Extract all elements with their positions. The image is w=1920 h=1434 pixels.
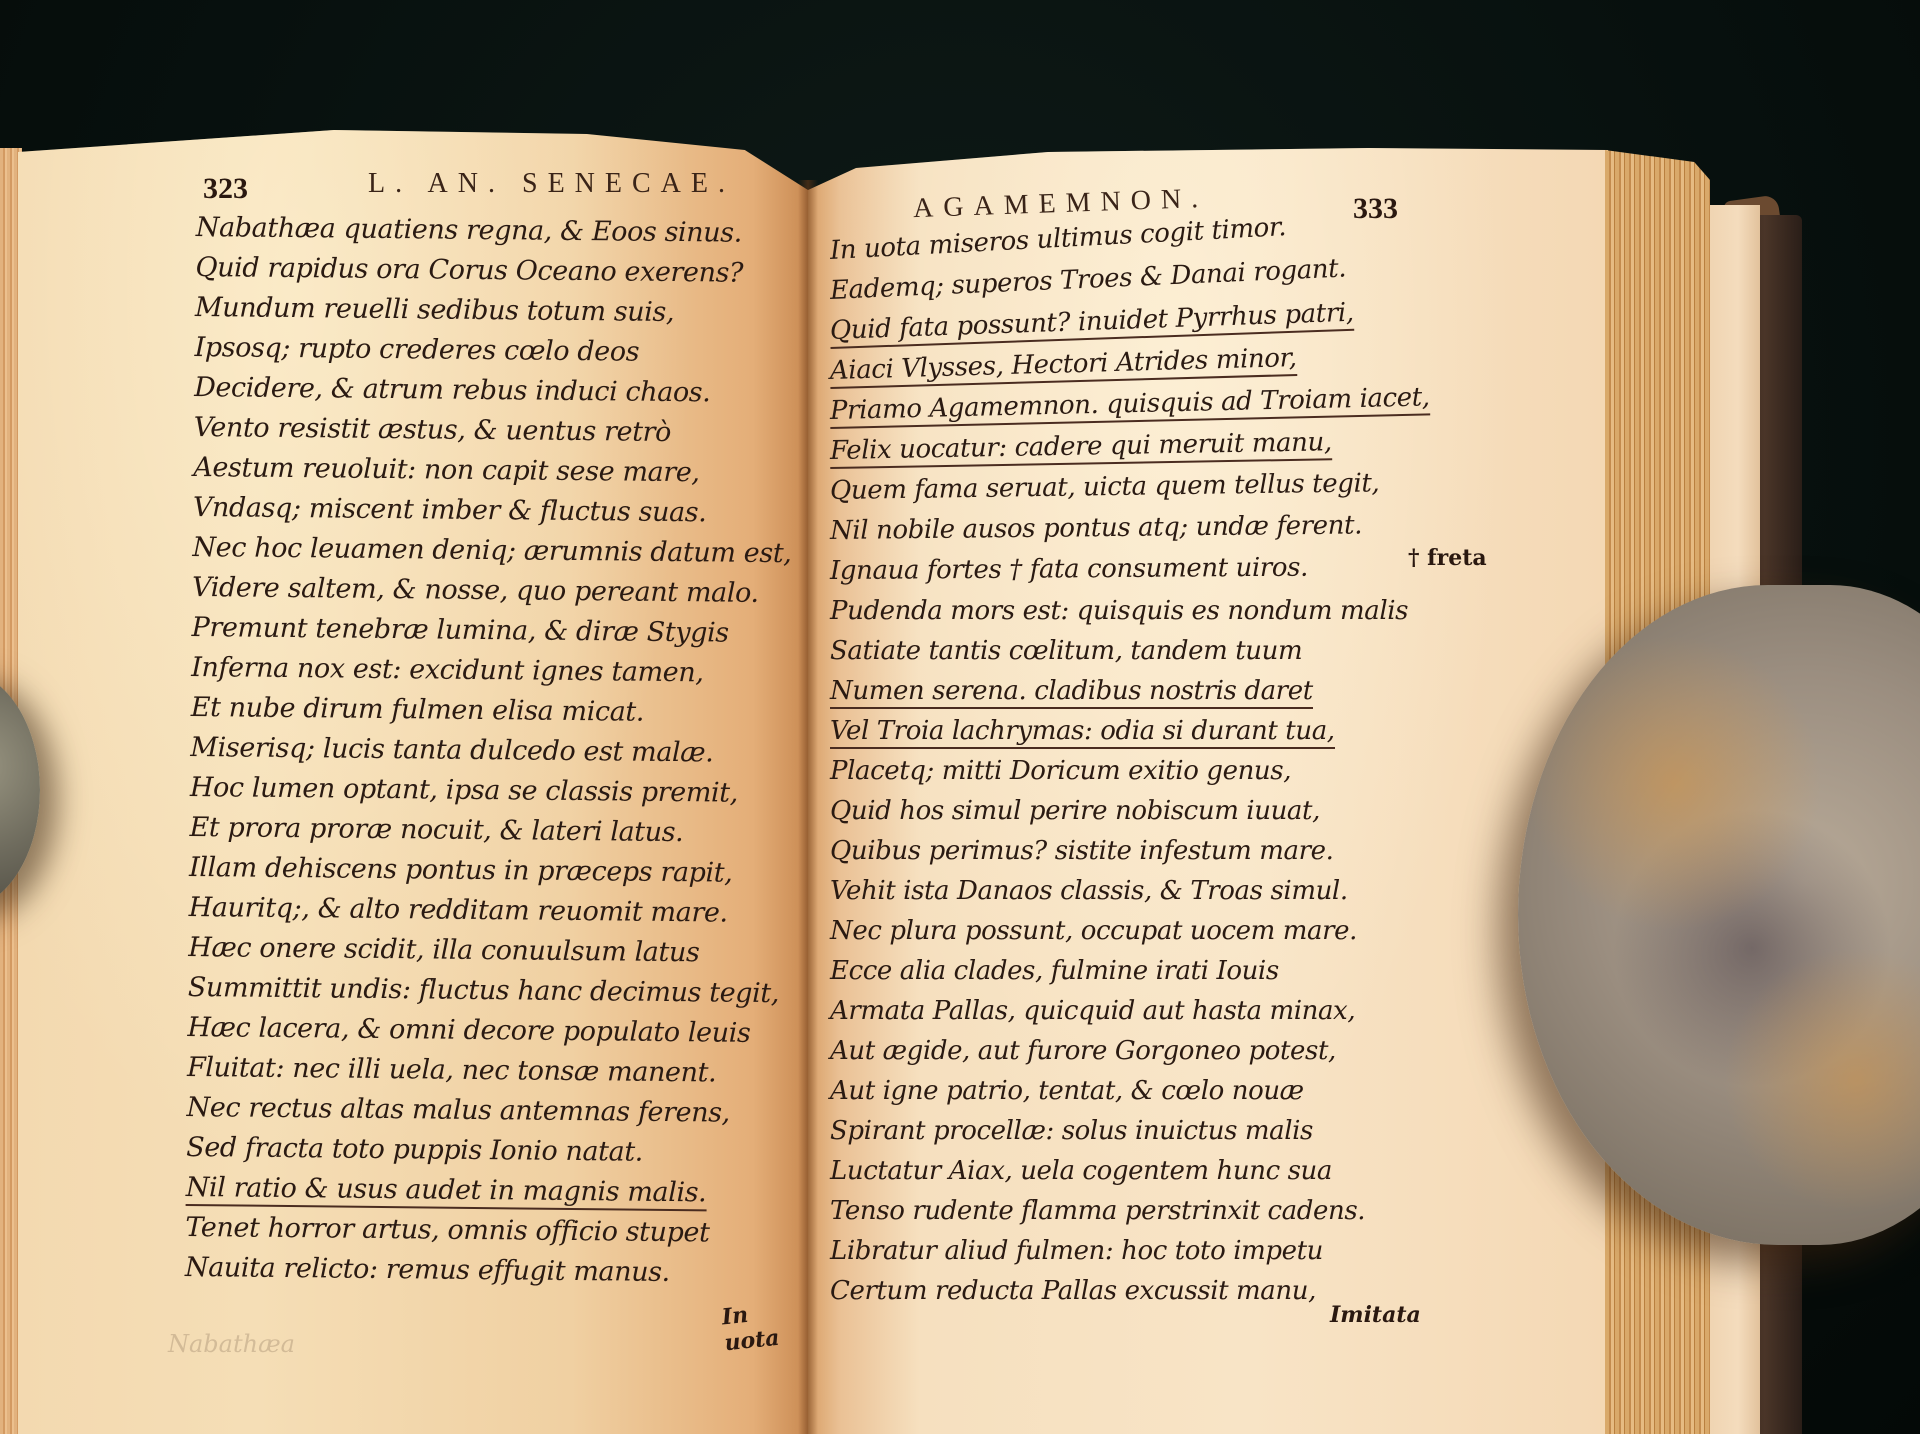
verse-line: Vento resistit æstus, & uentus retrò [194, 412, 672, 448]
verse-line-underlined: Priamo Agamemnon. quisquis ad Troiam iac… [830, 382, 1430, 429]
verse-line: Vehit ista Danaos classis, & Troas simul… [830, 876, 1348, 906]
left-running-head: L. AN. SENECAE. [368, 168, 735, 200]
verse-line: Hoc lumen optant, ipsa se classis premit… [190, 772, 738, 809]
verse-line: Armata Pallas, quicquid aut hasta minax, [830, 996, 1355, 1026]
left-page-number: 323 [203, 172, 248, 206]
verse-line: Inferna nox est: excidunt ignes tamen, [191, 652, 704, 688]
verse-line-underlined: Aiaci Vlysses, Hectori Atrides minor, [830, 343, 1297, 389]
right-catchword: Imitata [1330, 1302, 1421, 1328]
verse-line: Hæc onere scidit, illa conuulsum latus [188, 932, 699, 968]
verse-line: Nauita relicto: remus effugit manus. [185, 1252, 670, 1288]
verse-line: Hauritq;, & alto redditam reuomit mare. [189, 892, 728, 929]
verse-line: Summittit undis: fluctus hanc decimus te… [188, 972, 779, 1009]
verse-line: Placetq; mitti Doricum exitio genus, [830, 756, 1291, 786]
verse-line: Sed fracta toto puppis Ionio natat. [186, 1132, 643, 1168]
bleed-through-text: Nabathæa [168, 1330, 295, 1358]
verse-line: Nec rectus altas malus antemnas ferens, [186, 1092, 729, 1129]
verse-line: Hæc lacera, & omni decore populato leuis [187, 1012, 750, 1049]
verse-line: Ignaua fortes † fata consument uiros. [830, 553, 1308, 586]
photo-scene: 323 L. AN. SENECAE. Nabathæa quatiens re… [0, 0, 1920, 1434]
right-page: AGAMEMNON. 333 In uota miseros ultimus c… [808, 0, 1608, 1434]
verse-line: Tenso rudente flamma perstrinxit cadens. [830, 1196, 1365, 1226]
verse-line: Nabathæa quatiens regna, & Eoos sinus. [196, 212, 742, 249]
verse-line: Tenet horror artus, omnis officio stupet [185, 1212, 709, 1248]
verse-line: Aut igne patrio, tentat, & cœlo nouæ [830, 1076, 1304, 1106]
verse-line: Fluitat: nec illi uela, nec tonsæ manent… [187, 1052, 717, 1089]
verse-line: Decidere, & atrum rebus induci chaos. [194, 372, 711, 408]
verse-line: Quem fama seruat, uicta quem tellus tegi… [830, 468, 1380, 506]
left-catchword: In uota [721, 1296, 811, 1357]
verse-line: Satiate tantis cœlitum, tandem tuum [830, 636, 1302, 666]
verse-line: Nil nobile ausos pontus atq; undæ ferent… [830, 510, 1362, 546]
verse-line: Vndasq; miscent imber & fluctus suas. [193, 492, 707, 528]
verse-line: Nec plura possunt, occupat uocem mare. [830, 916, 1357, 946]
left-page: 323 L. AN. SENECAE. Nabathæa quatiens re… [18, 0, 808, 1434]
verse-line: Luctatur Aiax, uela cogentem hunc sua [830, 1156, 1332, 1186]
verse-line: Illam dehiscens pontus in præceps rapit, [189, 852, 733, 889]
verse-line: Mundum reuelli sedibus totum suis, [195, 292, 674, 328]
verse-line: Ecce alia clades, fulmine irati Iouis [830, 956, 1279, 986]
verse-line: Quid hos simul perire nobiscum iuuat, [830, 796, 1320, 826]
verse-line: Libratur aliud fulmen: hoc toto impetu [830, 1236, 1323, 1266]
verse-line: In uota miseros ultimus cogit timor. [829, 212, 1286, 266]
verse-line-underlined: Quid fata possunt? inuidet Pyrrhus patri… [829, 298, 1354, 349]
verse-line-underlined: Numen serena. cladibus nostris daret [830, 676, 1313, 709]
verse-line: Et prora proræ nocuit, & lateri latus. [189, 812, 683, 848]
verse-line-underlined: Felix uocatur: cadere qui meruit manu, [830, 427, 1332, 469]
right-page-number: 333 [1353, 192, 1398, 226]
verse-line: Ipsosq; rupto crederes cœlo deos [194, 332, 639, 368]
verse-line: Spirant procellæ: solus inuictus malis [830, 1116, 1313, 1146]
verse-line: Pudenda mors est: quisquis es nondum mal… [830, 596, 1408, 626]
verse-line: Et nube dirum fulmen elisa micat. [191, 692, 645, 728]
book-gutter [798, 180, 818, 1434]
marginal-note: † freta [1408, 545, 1487, 571]
verse-line: Quid rapidus ora Corus Oceano exerens? [195, 252, 743, 289]
verse-line: Certum reducta Pallas excussit manu, [830, 1276, 1316, 1306]
verse-line-underlined: Vel Troia lachrymas: odia si durant tua, [830, 716, 1335, 749]
verse-line: Aut ægide, aut furore Gorgoneo potest, [830, 1036, 1336, 1066]
verse-line-underlined: Nil ratio & usus audet in magnis malis. [186, 1172, 707, 1211]
verse-line: Miserisq; lucis tanta dulcedo est malæ. [190, 732, 713, 768]
verse-line: Videre saltem, & nosse, quo pereant malo… [192, 572, 759, 609]
verse-line: Nec hoc leuamen deniq; ærumnis datum est… [192, 532, 791, 569]
verse-line: Quibus perimus? sistite infestum mare. [830, 836, 1334, 866]
verse-line: Premunt tenebræ lumina, & diræ Stygis [191, 612, 728, 649]
verse-line: Aestum reuoluit: non capit sese mare, [193, 452, 700, 488]
